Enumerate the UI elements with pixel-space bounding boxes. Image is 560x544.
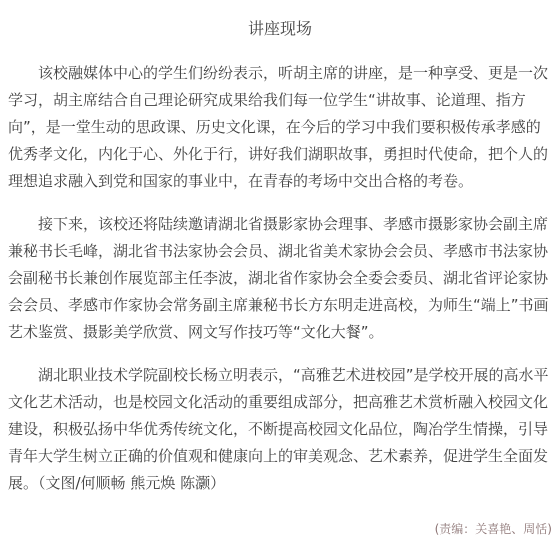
article-paragraph-3: 湖北职业技术学院副校长杨立明表示，“高雅艺术进校园”是学校开展的高水平文化艺术活… [8, 362, 552, 497]
article-paragraph-1: 该校融媒体中心的学生们纷纷表示，听胡主席的讲座，是一种享受、更是一次学习，胡主席… [8, 60, 552, 195]
image-caption: 讲座现场 [8, 18, 552, 40]
article-page: 讲座现场 该校融媒体中心的学生们纷纷表示，听胡主席的讲座，是一种享受、更是一次学… [0, 0, 560, 544]
editor-credit: (责编：关喜艳、周恬) [8, 521, 552, 537]
article-paragraph-2: 接下来，该校还将陆续邀请湖北省摄影家协会理事、孝感市摄影家协会副主席兼秘书长毛峰… [8, 211, 552, 346]
